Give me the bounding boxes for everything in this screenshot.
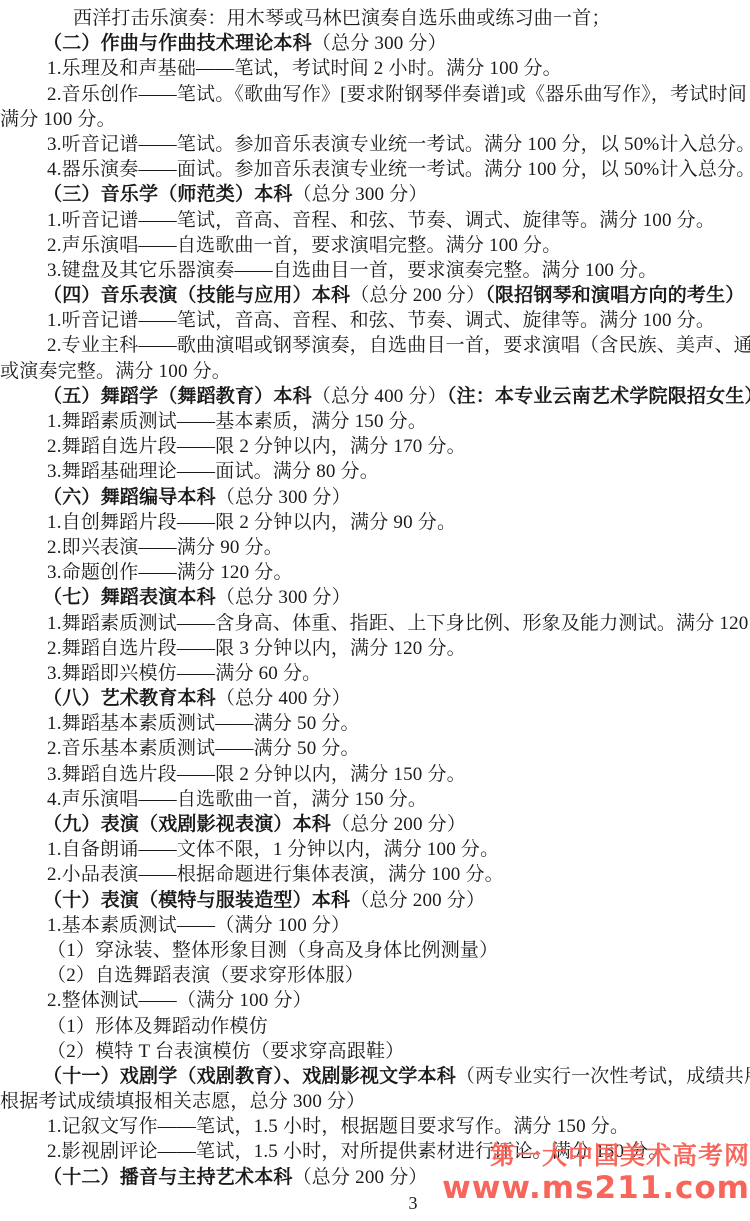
page-number: 3 — [398, 1193, 428, 1214]
text-line: 3.命题创作——满分 120 分。 — [0, 560, 750, 585]
text-segment: 1.听音记谱——笔试，音高、音程、和弦、节奏、调式、旋律等。满分 100 分。 — [47, 310, 715, 331]
text-line: 2.舞蹈自选片段——限 2 分钟以内，满分 170 分。 — [0, 434, 750, 459]
text-segment: 1.舞蹈素质测试——基本素质，满分 150 分。 — [47, 411, 427, 432]
text-line: 2.音乐基本素质测试——满分 50 分。 — [0, 736, 750, 761]
bold-text-segment: （七）舞蹈表演本科 — [43, 587, 216, 608]
text-segment: （1）穿泳装、整体形象目测（身高及身体比例测量） — [47, 940, 498, 961]
text-segment: 2.舞蹈自选片段——限 2 分钟以内，满分 170 分。 — [47, 436, 466, 457]
bold-text-segment: （十）表演（模特与服装造型）本科 — [43, 890, 350, 911]
text-line: 或演奏完整。满分 100 分。 — [0, 359, 750, 384]
bold-text-segment: （注：本专业云南艺术学院限招女生） — [447, 386, 750, 407]
text-segment: （1）形体及舞蹈动作模仿 — [47, 1016, 268, 1037]
document-lines: 西洋打击乐演奏：用木琴或马林巴演奏自选乐曲或练习曲一首；（二）作曲与作曲技术理论… — [0, 6, 750, 1190]
text-line: 2.小品表演——根据命题进行集体表演，满分 100 分。 — [0, 862, 750, 887]
text-segment: （总分 200 分） — [350, 285, 485, 306]
bold-text-segment: （六）舞蹈编导本科 — [43, 487, 216, 508]
text-segment: （总分 300 分） — [216, 487, 351, 508]
text-line: 3.舞蹈基础理论——面试。满分 80 分。 — [0, 459, 750, 484]
text-segment: 根据考试成绩填报相关志愿，总分 300 分） — [0, 1091, 365, 1112]
text-line: 1.自备朗诵——文体不限，1 分钟以内，满分 100 分。 — [0, 837, 750, 862]
text-line: 3.舞蹈自选片段——限 2 分钟以内，满分 150 分。 — [0, 762, 750, 787]
text-line: （六）舞蹈编导本科（总分 300 分） — [0, 485, 750, 510]
text-segment: （总分 300 分） — [216, 587, 351, 608]
text-segment: 1.自备朗诵——文体不限，1 分钟以内，满分 100 分。 — [47, 839, 499, 860]
bold-text-segment: （九）表演（戏剧影视表演）本科 — [43, 814, 331, 835]
text-line: 2.舞蹈自选片段——限 3 分钟以内，满分 120 分。 — [0, 636, 750, 661]
text-line: 2.声乐演唱——自选歌曲一首，要求演唱完整。满分 100 分。 — [0, 233, 750, 258]
watermark: 第一大中国美术高考网 www.ms211.com — [442, 1144, 750, 1204]
text-line: 2.音乐创作——笔试。《歌曲写作》[要求附钢琴伴奏谱]或《器乐曲写作》，考试时间… — [0, 82, 750, 107]
text-segment: （2）自选舞蹈表演（要求穿形体服） — [47, 965, 364, 986]
bold-text-segment: （四）音乐表演（技能与应用）本科 — [43, 285, 350, 306]
text-segment: （总分 400 分） — [312, 386, 447, 407]
text-segment: 3.键盘及其它乐器演奏——自选曲目一首，要求演奏完整。满分 100 分。 — [47, 260, 657, 281]
text-line: 1.听音记谱——笔试，音高、音程、和弦、节奏、调式、旋律等。满分 100 分。 — [0, 308, 750, 333]
text-segment: （总分 300 分） — [293, 184, 428, 205]
text-line: 1.基本素质测试——（满分 100 分） — [0, 913, 750, 938]
text-segment: 1.记叙文写作——笔试，1.5 小时，根据题目要求写作。满分 150 分。 — [47, 1116, 629, 1137]
text-segment: （总分 300 分） — [312, 33, 447, 54]
text-line: （十一）戏剧学（戏剧教育）、戏剧影视文学本科（两专业实行一次性考试，成绩共用，考… — [0, 1064, 750, 1089]
text-line: （八）艺术教育本科（总分 400 分） — [0, 686, 750, 711]
document-page: 西洋打击乐演奏：用木琴或马林巴演奏自选乐曲或练习曲一首；（二）作曲与作曲技术理论… — [0, 0, 750, 1221]
text-line: 西洋打击乐演奏：用木琴或马林巴演奏自选乐曲或练习曲一首； — [0, 6, 750, 31]
text-segment: （总分 400 分） — [216, 688, 351, 709]
text-segment: 3.听音记谱——笔试。参加音乐表演专业统一考试。满分 100 分，以 50%计入… — [47, 134, 750, 155]
text-segment: 西洋打击乐演奏：用木琴或马林巴演奏自选乐曲或练习曲一首； — [73, 8, 611, 29]
text-segment: （总分 200 分） — [293, 1167, 428, 1188]
text-segment: 2.专业主科——歌曲演唱或钢琴演奏，自选曲目一首，要求演唱（含民族、美声、通俗唱… — [47, 335, 750, 356]
text-line: 2.专业主科——歌曲演唱或钢琴演奏，自选曲目一首，要求演唱（含民族、美声、通俗唱… — [0, 333, 750, 358]
text-segment: 2.音乐创作——笔试。《歌曲写作》[要求附钢琴伴奏谱]或《器乐曲写作》，考试时间… — [47, 84, 750, 105]
text-line: （1）穿泳装、整体形象目测（身高及身体比例测量） — [0, 938, 750, 963]
text-line: （十）表演（模特与服装造型）本科（总分 200 分） — [0, 888, 750, 913]
text-segment: 3.命题创作——满分 120 分。 — [47, 562, 293, 583]
text-line: 3.听音记谱——笔试。参加音乐表演专业统一考试。满分 100 分，以 50%计入… — [0, 132, 750, 157]
bold-text-segment: （十二）播音与主持艺术本科 — [43, 1167, 293, 1188]
text-segment: 3.舞蹈自选片段——限 2 分钟以内，满分 150 分。 — [47, 764, 466, 785]
text-segment: 或演奏完整。满分 100 分。 — [0, 361, 231, 382]
text-segment: 2.舞蹈自选片段——限 3 分钟以内，满分 120 分。 — [47, 638, 466, 659]
text-line: 1.舞蹈素质测试——基本素质，满分 150 分。 — [0, 409, 750, 434]
text-line: 1.舞蹈基本素质测试——满分 50 分。 — [0, 711, 750, 736]
text-segment: （2）模特 T 台表演模仿（要求穿高跟鞋） — [47, 1041, 404, 1062]
text-segment: 1.舞蹈基本素质测试——满分 50 分。 — [47, 713, 360, 734]
text-segment: 1.基本素质测试——（满分 100 分） — [47, 915, 350, 936]
bold-text-segment: （八）艺术教育本科 — [43, 688, 216, 709]
text-line: 2.即兴表演——满分 90 分。 — [0, 535, 750, 560]
text-line: （2）模特 T 台表演模仿（要求穿高跟鞋） — [0, 1039, 750, 1064]
bold-text-segment: （三）音乐学（师范类）本科 — [43, 184, 293, 205]
text-segment: 3.舞蹈基础理论——面试。满分 80 分。 — [47, 461, 379, 482]
text-segment: 满分 100 分。 — [0, 109, 116, 130]
text-line: （三）音乐学（师范类）本科（总分 300 分） — [0, 182, 750, 207]
text-segment: 2.声乐演唱——自选歌曲一首，要求演唱完整。满分 100 分。 — [47, 235, 561, 256]
bold-text-segment: （限招钢琴和演唱方向的考生） — [485, 285, 744, 306]
text-line: （1）形体及舞蹈动作模仿 — [0, 1014, 750, 1039]
bold-text-segment: （十一）戏剧学（戏剧教育）、戏剧影视文学本科 — [43, 1066, 456, 1087]
text-segment: 2.整体测试——（满分 100 分） — [47, 990, 312, 1011]
text-line: （四）音乐表演（技能与应用）本科（总分 200 分）（限招钢琴和演唱方向的考生） — [0, 283, 750, 308]
text-line: 1.听音记谱——笔试，音高、音程、和弦、节奏、调式、旋律等。满分 100 分。 — [0, 208, 750, 233]
text-line: （七）舞蹈表演本科（总分 300 分） — [0, 585, 750, 610]
text-line: 根据考试成绩填报相关志愿，总分 300 分） — [0, 1089, 750, 1114]
text-line: 3.键盘及其它乐器演奏——自选曲目一首，要求演奏完整。满分 100 分。 — [0, 258, 750, 283]
text-line: 4.器乐演奏——面试。参加音乐表演专业统一考试。满分 100 分，以 50%计入… — [0, 157, 750, 182]
bold-text-segment: （五）舞蹈学（舞蹈教育）本科 — [43, 386, 312, 407]
text-line: 3.舞蹈即兴模仿——满分 60 分。 — [0, 661, 750, 686]
text-segment: 1.自创舞蹈片段——限 2 分钟以内，满分 90 分。 — [47, 512, 456, 533]
text-segment: 4.声乐演唱——自选歌曲一首，满分 150 分。 — [47, 789, 427, 810]
text-segment: 1.舞蹈素质测试——含身高、体重、指距、上下身比例、形象及能力测试。满分 120… — [47, 613, 750, 634]
text-line: （九）表演（戏剧影视表演）本科（总分 200 分） — [0, 812, 750, 837]
text-segment: 1.乐理及和声基础——笔试，考试时间 2 小时。满分 100 分。 — [47, 58, 562, 79]
text-segment: 2.小品表演——根据命题进行集体表演，满分 100 分。 — [47, 864, 504, 885]
watermark-site-name: 第一大中国美术高考网 — [442, 1144, 750, 1169]
text-segment: （两专业实行一次性考试，成绩共用，考生可 — [456, 1066, 750, 1087]
text-line: 2.整体测试——（满分 100 分） — [0, 988, 750, 1013]
text-line: 满分 100 分。 — [0, 107, 750, 132]
text-segment: 3.舞蹈即兴模仿——满分 60 分。 — [47, 663, 321, 684]
text-segment: （总分 200 分） — [331, 814, 466, 835]
watermark-site-url: www.ms211.com — [442, 1173, 750, 1204]
text-segment: 4.器乐演奏——面试。参加音乐表演专业统一考试。满分 100 分，以 50%计入… — [47, 159, 750, 180]
text-line: 1.记叙文写作——笔试，1.5 小时，根据题目要求写作。满分 150 分。 — [0, 1114, 750, 1139]
text-line: （二）作曲与作曲技术理论本科（总分 300 分） — [0, 31, 750, 56]
text-segment: （总分 200 分） — [350, 890, 485, 911]
text-line: （2）自选舞蹈表演（要求穿形体服） — [0, 963, 750, 988]
text-line: 4.声乐演唱——自选歌曲一首，满分 150 分。 — [0, 787, 750, 812]
text-line: （五）舞蹈学（舞蹈教育）本科（总分 400 分）（注：本专业云南艺术学院限招女生… — [0, 384, 750, 409]
text-line: 1.舞蹈素质测试——含身高、体重、指距、上下身比例、形象及能力测试。满分 120… — [0, 611, 750, 636]
text-segment: 2.音乐基本素质测试——满分 50 分。 — [47, 738, 360, 759]
text-line: 1.自创舞蹈片段——限 2 分钟以内，满分 90 分。 — [0, 510, 750, 535]
text-segment: 1.听音记谱——笔试，音高、音程、和弦、节奏、调式、旋律等。满分 100 分。 — [47, 210, 715, 231]
text-segment: 2.即兴表演——满分 90 分。 — [47, 537, 283, 558]
bold-text-segment: （二）作曲与作曲技术理论本科 — [43, 33, 312, 54]
text-line: 1.乐理及和声基础——笔试，考试时间 2 小时。满分 100 分。 — [0, 56, 750, 81]
